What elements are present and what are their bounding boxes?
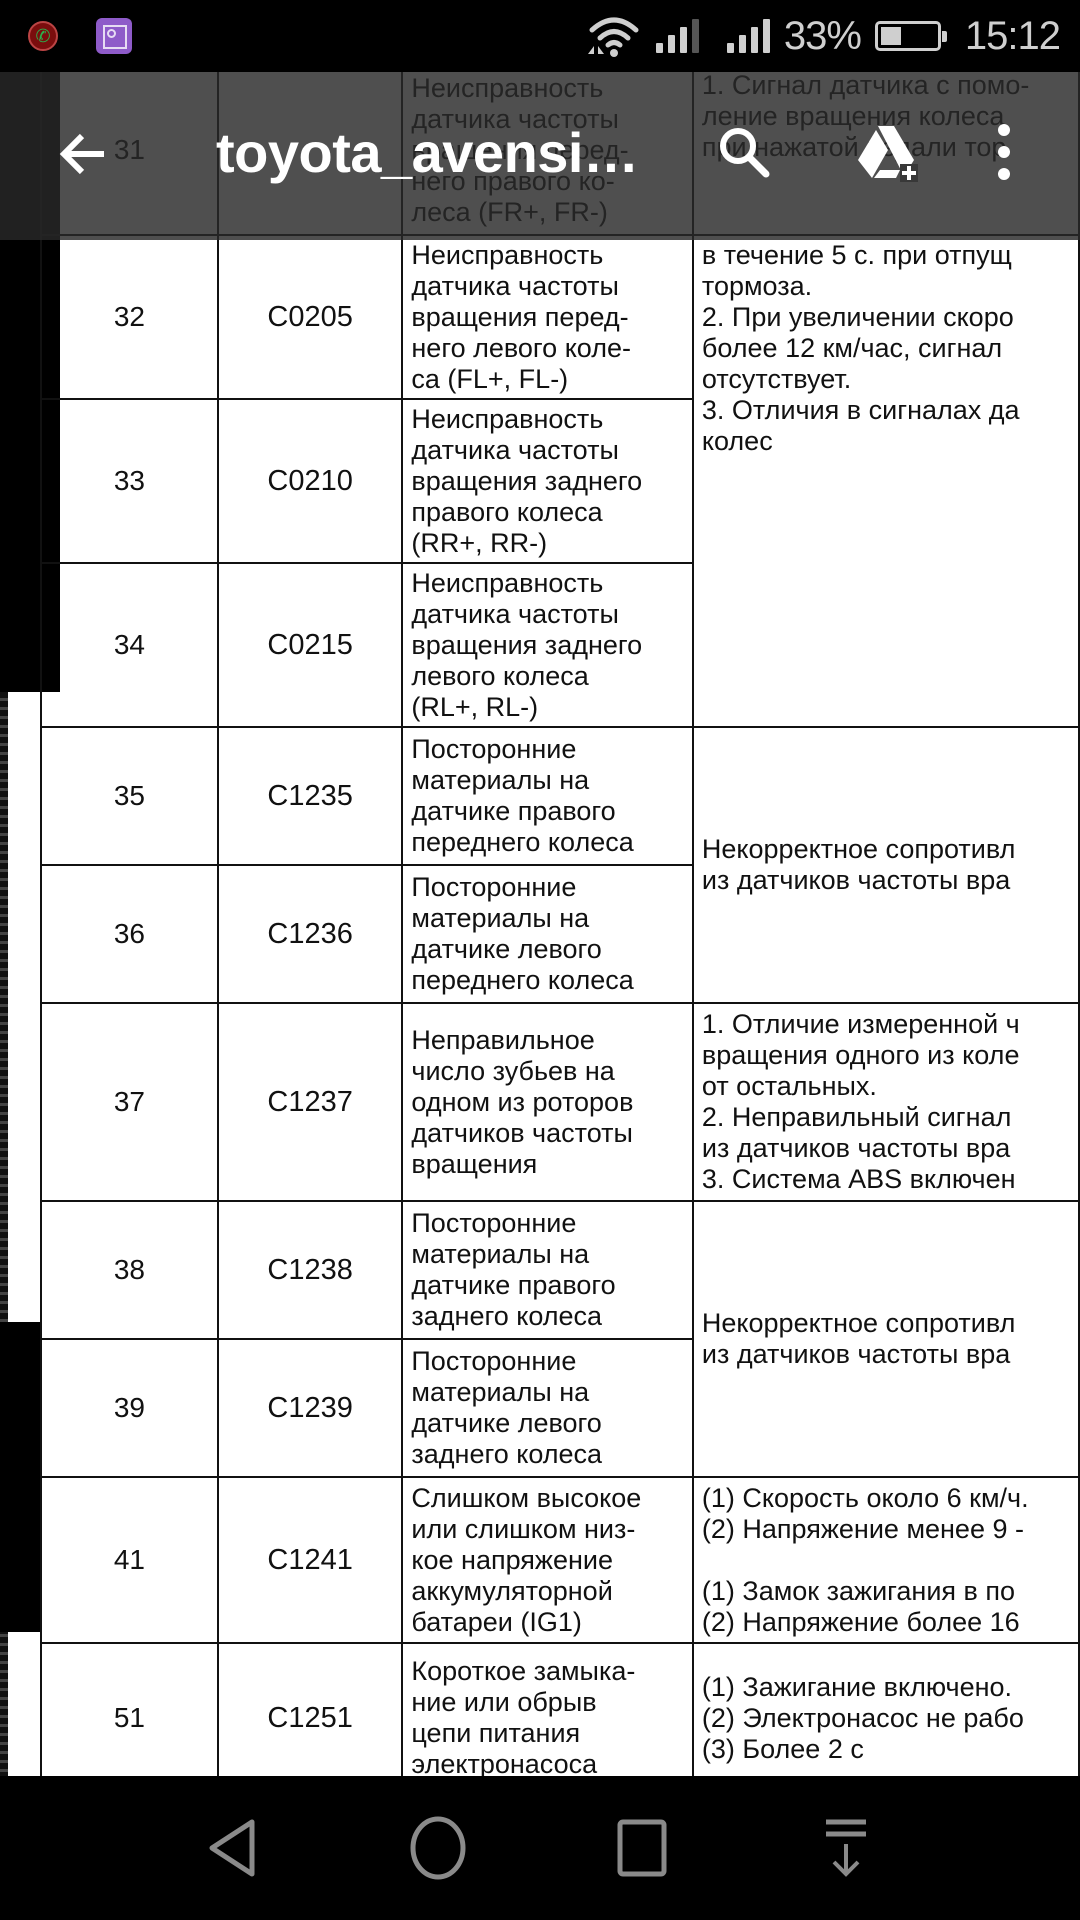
fault-description: Слишком высокое или слишком низ- кое нап… [402,1477,693,1643]
row-number: 32 [41,235,218,399]
row-number: 38 [41,1201,218,1339]
detection-condition: Некорректное сопротивл из датчиков часто… [693,727,1079,1003]
row-number: 41 [41,1477,218,1643]
app-bar: toyota_avensi… [0,72,1080,240]
call-recorder-icon: ✆ [28,21,58,51]
fault-description: Неисправность датчика частоты вращения з… [402,563,693,727]
row-number: 34 [41,563,218,727]
signal-sim1-icon [656,19,699,53]
table-row: 38C1238Посторонние материалы на датчике … [41,1201,1079,1339]
dtc-code: C1237 [218,1003,403,1201]
recents-icon[interactable] [606,1812,678,1884]
table-row: 35C1235Посторонние материалы на датчике … [41,727,1079,865]
fault-description: Неисправность датчика частоты вращения п… [402,235,693,399]
row-number: 36 [41,865,218,1003]
fault-description: Посторонние материалы на датчике правого… [402,727,693,865]
row-number: 35 [41,727,218,865]
table-row: 51C1251Короткое замыка- ние или обрыв це… [41,1643,1079,1776]
dtc-code: C0205 [218,235,403,399]
dtc-code: C1235 [218,727,403,865]
row-number: 37 [41,1003,218,1201]
row-number: 39 [41,1339,218,1477]
fault-description: Посторонние материалы на датчике левого … [402,1339,693,1477]
dtc-code: C1251 [218,1643,403,1776]
battery-percent: 33% [784,14,861,59]
signal-sim2-icon [727,19,770,53]
document-viewer[interactable]: 31Неисправность датчика частоты вращения… [0,72,1080,1776]
dtc-table: 31Неисправность датчика частоты вращения… [40,72,1080,1776]
dtc-code: C1239 [218,1339,403,1477]
dtc-code: C1241 [218,1477,403,1643]
detection-condition: (1) Зажигание включено. (2) Электронасос… [693,1643,1079,1776]
more-vert-icon[interactable] [984,120,1024,184]
wifi-icon [586,14,642,58]
fault-description: Неисправность датчика частоты вращения з… [402,399,693,563]
document-title: toyota_avensi… [216,120,639,185]
status-bar: ✆ 33% 15:12 [0,0,1080,72]
scan-shadow [0,1322,40,1632]
table-row: 37C1237Неправильное число зубьев на одно… [41,1003,1079,1201]
row-number: 33 [41,399,218,563]
battery-icon [875,21,941,51]
drive-add-icon[interactable] [852,120,922,184]
fault-description: Неправильное число зубьев на одном из ро… [402,1003,693,1201]
detection-condition: 1. Отличие измеренной ч вращения одного … [693,1003,1079,1201]
detection-condition: (1) Скорость около 6 км/ч. (2) Напряжени… [693,1477,1079,1643]
fault-description: Короткое замыка- ние или обрыв цепи пита… [402,1643,693,1776]
back-arrow-icon[interactable] [56,126,112,182]
detection-condition: Некорректное сопротивл из датчиков часто… [693,1201,1079,1477]
row-number: 51 [41,1643,218,1776]
notification-pulldown-icon[interactable] [810,1812,882,1884]
home-icon[interactable] [402,1812,474,1884]
dtc-code: C0215 [218,563,403,727]
table-row: 32C0205Неисправность датчика частоты вра… [41,235,1079,399]
fault-description: Посторонние материалы на датчике правого… [402,1201,693,1339]
dtc-code: C0210 [218,399,403,563]
dtc-code: C1238 [218,1201,403,1339]
fault-description: Посторонние материалы на датчике левого … [402,865,693,1003]
table-row: 41C1241Слишком высокое или слишком низ- … [41,1477,1079,1643]
navigation-bar [0,1776,1080,1920]
detection-condition: в течение 5 с. при отпущ тормоза. 2. При… [693,235,1079,727]
gallery-icon [96,18,132,54]
back-icon[interactable] [198,1812,270,1884]
dtc-code: C1236 [218,865,403,1003]
clock: 15:12 [965,14,1060,59]
search-icon[interactable] [712,120,776,184]
